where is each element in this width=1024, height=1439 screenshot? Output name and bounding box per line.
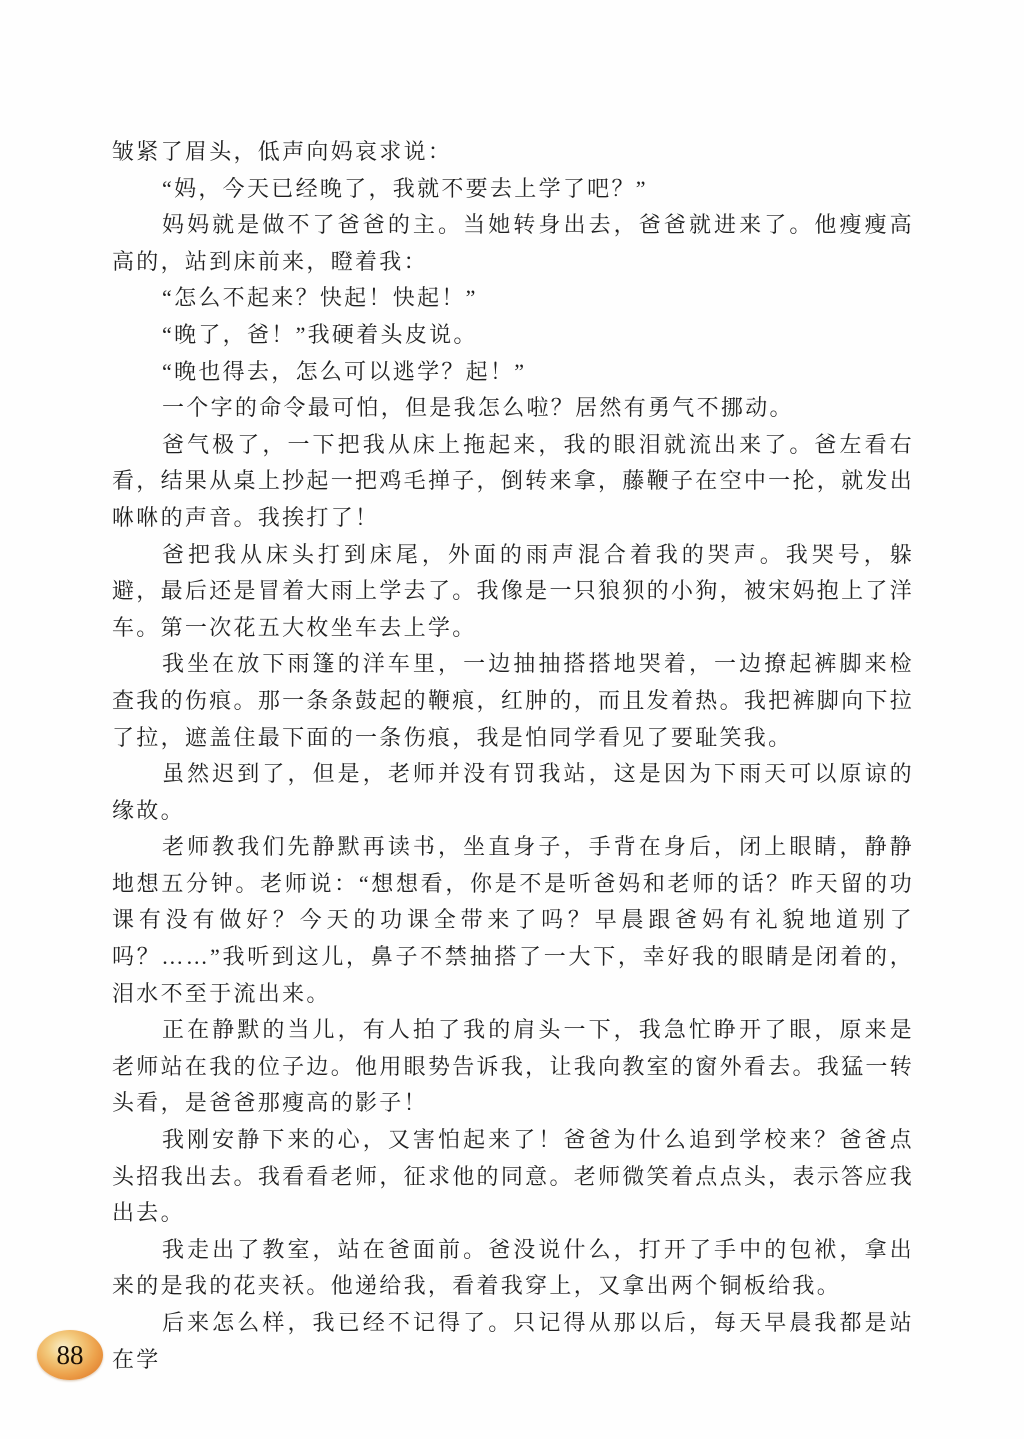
paragraph: 我刚安静下来的心，又害怕起来了！爸爸为什么追到学校来？爸爸点头招我出去。我看看老… xyxy=(112,1122,914,1232)
paragraph: 我坐在放下雨篷的洋车里，一边抽抽搭搭地哭着，一边撩起裤脚来检查我的伤痕。那一条条… xyxy=(112,646,914,756)
paragraph: “怎么不起来？快起！快起！” xyxy=(112,280,914,317)
paragraph: 爸气极了，一下把我从床上拖起来，我的眼泪就流出来了。爸左看右看，结果从桌上抄起一… xyxy=(112,427,914,537)
paragraph: 虽然迟到了，但是，老师并没有罚我站，这是因为下雨天可以原谅的缘故。 xyxy=(112,756,914,829)
paragraph: 我走出了教室，站在爸面前。爸没说什么，打开了手中的包袱，拿出来的是我的花夹袄。他… xyxy=(112,1232,914,1305)
paragraph: “晚也得去，怎么可以逃学？起！” xyxy=(112,354,914,391)
paragraph: 妈妈就是做不了爸爸的主。当她转身出去，爸爸就进来了。他瘦瘦高高的，站到床前来，瞪… xyxy=(112,207,914,280)
paragraph: “晚了，爸！”我硬着头皮说。 xyxy=(112,317,914,354)
paragraph: 爸把我从床头打到床尾，外面的雨声混合着我的哭声。我哭号，躲避，最后还是冒着大雨上… xyxy=(112,537,914,647)
paragraph: “妈，今天已经晚了，我就不要去上学了吧？” xyxy=(112,171,914,208)
page-number: 88 xyxy=(57,1340,84,1371)
paragraph: 一个字的命令最可怕，但是我怎么啦？居然有勇气不挪动。 xyxy=(112,390,914,427)
textbook-page: 皱紧了眉头，低声向妈哀求说：“妈，今天已经晚了，我就不要去上学了吧？”妈妈就是做… xyxy=(0,0,1024,1439)
paragraph: 正在静默的当儿，有人拍了我的肩头一下，我急忙睁开了眼，原来是老师站在我的位子边。… xyxy=(112,1012,914,1122)
page-number-badge: 88 xyxy=(37,1330,103,1380)
paragraph: 老师教我们先静默再读书，坐直身子，手背在身后，闭上眼睛，静静地想五分钟。老师说：… xyxy=(112,829,914,1012)
paragraph: 皱紧了眉头，低声向妈哀求说： xyxy=(112,134,914,171)
body-text: 皱紧了眉头，低声向妈哀求说：“妈，今天已经晚了，我就不要去上学了吧？”妈妈就是做… xyxy=(112,134,914,1378)
paragraph: 后来怎么样，我已经不记得了。只记得从那以后，每天早晨我都是站在学 xyxy=(112,1305,914,1378)
